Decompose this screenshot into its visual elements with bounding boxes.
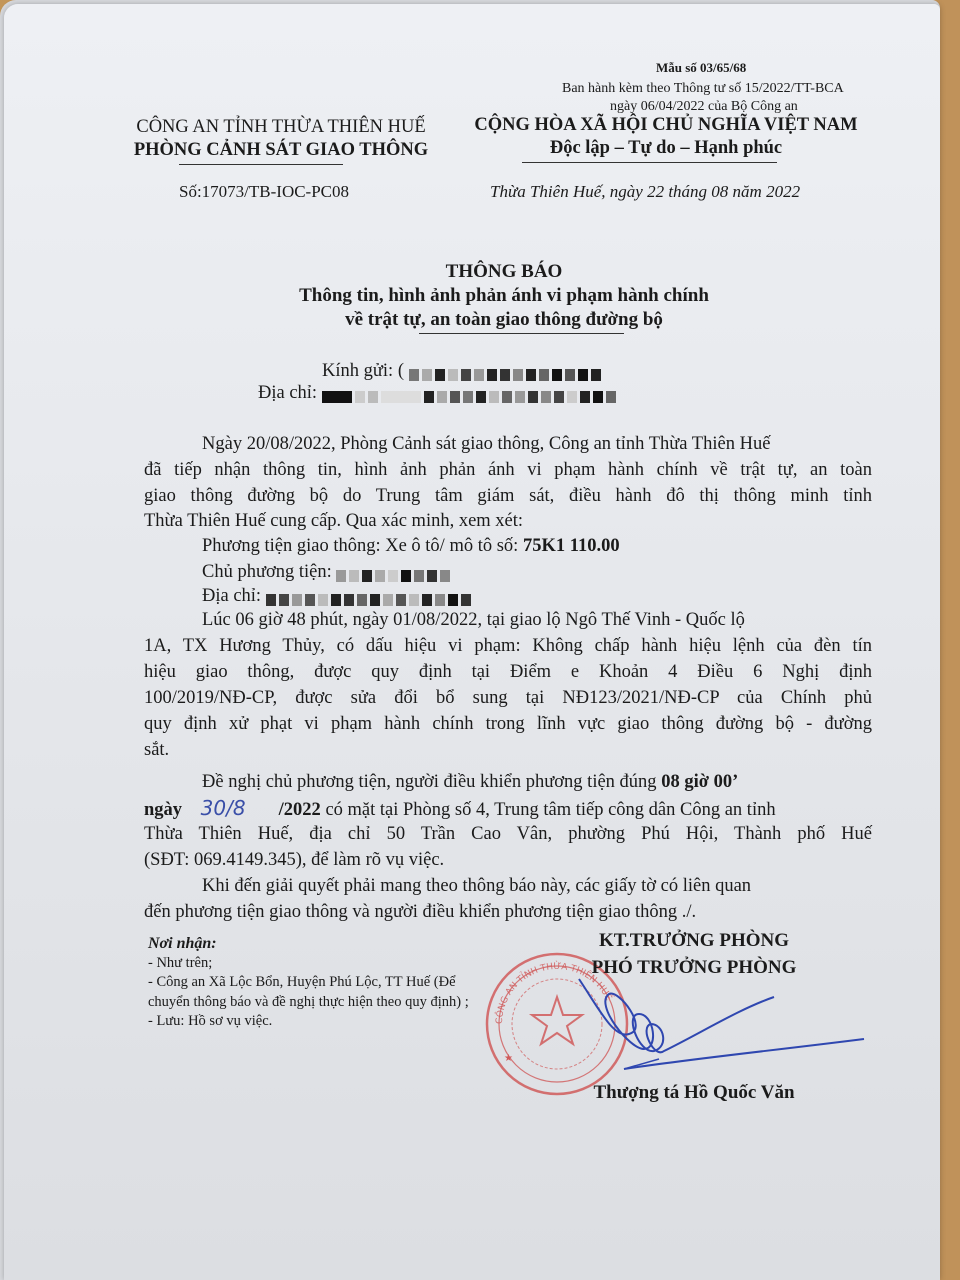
recipient-address-label: Địa chỉ: [258, 383, 317, 403]
p4-line1: Khi đến giải quyết phải mang theo thông … [202, 874, 872, 898]
vehicle-line: Phương tiện giao thông: Xe ô tô/ mô tô s… [202, 534, 620, 558]
recipient-prefix: ( [398, 361, 404, 381]
place-date: Thừa Thiên Huế, ngày 22 tháng 08 năm 202… [490, 182, 800, 202]
vehicle-plate: 75K1 110.00 [523, 536, 620, 556]
p2-line5: quy định xử phạt vi phạm hành chính tron… [144, 712, 872, 736]
p1-line1: Ngày 20/08/2022, Phòng Cảnh sát giao thô… [202, 432, 872, 456]
owner-line: Chủ phương tiện: [202, 560, 453, 584]
p2-line1: Lúc 06 giờ 48 phút, ngày 01/08/2022, tại… [202, 608, 872, 632]
handwritten-date: 30/8 [187, 796, 279, 820]
appointment-time: 08 giờ 00’ [661, 772, 738, 792]
handwritten-signature-icon [569, 969, 869, 1079]
p3-line2-rest: có mặt tại Phòng số 4, Trung tâm tiếp cô… [325, 800, 775, 820]
p3-line2: ngày 30/8/2022 có mặt tại Phòng số 4, Tr… [144, 796, 776, 822]
p1-line3: giao thông đường bộ do Trung tâm giám sá… [144, 484, 872, 508]
document-page: Mẫu số 03/65/68 Ban hành kèm theo Thông … [4, 4, 940, 1280]
form-code: Mẫu số 03/65/68 [656, 60, 746, 76]
national-name: CỘNG HÒA XÃ HỘI CHỦ NGHĨA VIỆT NAM [456, 114, 876, 137]
redacted-recipient-address [322, 386, 619, 402]
issuer-department: PHÒNG CẢNH SÁT GIAO THÔNG [104, 139, 458, 162]
appointment-day-label: ngày [144, 800, 182, 820]
title-main: THÔNG BÁO [204, 260, 804, 284]
owner-address-label: Địa chỉ: [202, 586, 261, 606]
national-motto: Độc lập – Tự do – Hạnh phúc [456, 137, 876, 160]
national-header: CỘNG HÒA XÃ HỘI CHỦ NGHĨA VIỆT NAM Độc l… [456, 114, 876, 160]
document-number: Số:17073/TB-IOC-PC08 [179, 182, 349, 202]
p3-line3: Thừa Thiên Huế, địa chỉ 50 Trần Cao Vân,… [144, 822, 872, 846]
p1-line2: đã tiếp nhận thông tin, hình ảnh phản án… [144, 458, 872, 482]
recipient-item: - Công an Xã Lộc Bổn, Huyện Phú Lộc, TT … [148, 973, 493, 1012]
title-sub1: Thông tin, hình ảnh phản ánh vi phạm hàn… [204, 284, 804, 308]
appointment-year: /2022 [279, 800, 321, 820]
issuer-header: CÔNG AN TỈNH THỪA THIÊN HUẾ PHÒNG CẢNH S… [104, 116, 458, 162]
issuer-agency: CÔNG AN TỈNH THỪA THIÊN HUẾ [104, 116, 458, 139]
recipient-item: - Lưu: Hồ sơ vụ việc. [148, 1012, 493, 1032]
redacted-owner-name [336, 565, 453, 581]
motto-underline [522, 162, 777, 163]
redacted-owner-address [266, 589, 474, 605]
signature-line1: KT.TRƯỞNG PHÒNG [564, 927, 824, 954]
document-title: THÔNG BÁO Thông tin, hình ảnh phản ánh v… [204, 260, 804, 332]
p2-line4: 100/2019/NĐ-CP, được sửa đổi bổ sung tại… [144, 686, 872, 710]
recipients-heading: Nơi nhận: [148, 934, 493, 954]
recipient-line: Kính gửi: ( [322, 359, 604, 383]
recipient-label: Kính gửi: [322, 361, 393, 381]
signer-name: Thượng tá Hồ Quốc Văn [564, 1082, 824, 1104]
owner-address-line: Địa chỉ: [202, 584, 474, 608]
p4-line2: đến phương tiện giao thông và người điều… [144, 900, 696, 924]
p2-line2: 1A, TX Hương Thủy, có dấu hiệu vi phạm: … [144, 634, 872, 658]
recipient-item: - Như trên; [148, 954, 493, 974]
p3-line1: Đề nghị chủ phương tiện, người điều khiể… [202, 770, 738, 794]
title-sub2: về trật tự, an toàn giao thông đường bộ [204, 308, 804, 332]
owner-label: Chủ phương tiện: [202, 562, 332, 582]
form-issued-line2: ngày 06/04/2022 của Bộ Công an [610, 99, 798, 115]
form-issued-line1: Ban hành kèm theo Thông tư số 15/2022/TT… [562, 81, 844, 97]
p3-line4: (SĐT: 069.4149.345), để làm rõ vụ việc. [144, 848, 444, 872]
p1-line4: Thừa Thiên Huế cung cấp. Qua xác minh, x… [144, 509, 523, 533]
title-underline [419, 333, 624, 334]
p2-line3: hiệu giao thông, được quy định tại Điểm … [144, 660, 872, 684]
vehicle-label: Phương tiện giao thông: Xe ô tô/ mô tô s… [202, 536, 518, 556]
p2-line6: sắt. [144, 738, 169, 762]
redacted-recipient-name [409, 364, 604, 380]
svg-text:★: ★ [504, 1053, 513, 1064]
issuer-underline [179, 164, 343, 165]
p3-request: Đề nghị chủ phương tiện, người điều khiể… [202, 772, 657, 792]
recipient-address-line: Địa chỉ: [258, 381, 619, 405]
recipients-block: Nơi nhận: - Như trên; - Công an Xã Lộc B… [148, 934, 493, 1032]
